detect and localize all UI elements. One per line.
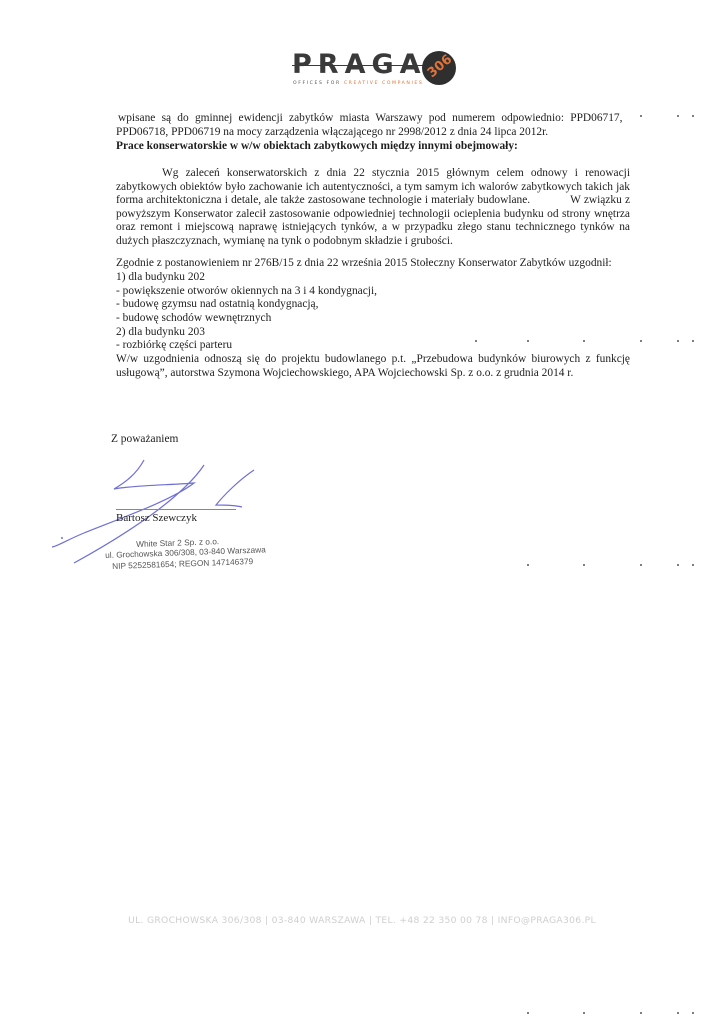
paragraph-recommendations: Wg zaleceń konserwatorskich z dnia 22 st… xyxy=(116,167,630,249)
list-item: - rozbiórkę części parteru xyxy=(116,339,232,353)
scan-dot xyxy=(677,564,679,566)
logo-tagline: OFFICES FOR CREATIVE COMPANIES xyxy=(293,81,423,86)
logo-tagline-accent: CREATIVE COMPANIES xyxy=(344,81,424,86)
signature-line xyxy=(116,509,236,510)
scan-dot xyxy=(527,564,529,566)
scan-dot xyxy=(677,115,679,117)
logo-tagline-prefix: OFFICES FOR xyxy=(293,81,344,86)
list-item: - budowę gzymsu nad ostatnią kondygnacją… xyxy=(116,298,318,312)
scan-dot xyxy=(640,115,642,117)
agreement-intro: Zgodnie z postanowieniem nr 276B/15 z dn… xyxy=(116,257,612,271)
paragraph-1-text: Wg zaleceń konserwatorskich z dnia 22 st… xyxy=(116,167,630,206)
scan-dot xyxy=(583,1012,585,1014)
scan-dot xyxy=(677,1012,679,1014)
list-item: - budowę schodów wewnętrznych xyxy=(116,312,271,326)
intro-line-1: wpisane są do gminnej ewidencji zabytków… xyxy=(118,112,622,126)
scan-dot xyxy=(640,1012,642,1014)
salutation: Z poważaniem xyxy=(111,433,178,447)
signatory-name: Bartosz Szewczyk xyxy=(116,512,197,526)
letter-page: PRAGA 306 OFFICES FOR CREATIVE COMPANIES… xyxy=(0,0,724,1024)
list-item: 2) dla budynku 203 xyxy=(116,326,205,340)
scan-dot xyxy=(583,340,585,342)
scan-dot xyxy=(475,340,477,342)
list-item: 1) dla budynku 202 xyxy=(116,271,205,285)
scan-dot xyxy=(640,340,642,342)
scan-dot xyxy=(677,340,679,342)
list-item: - powiększenie otworów okiennych na 3 i … xyxy=(116,285,377,299)
section-heading: Prace konserwatorskie w w/w obiektach za… xyxy=(116,140,518,154)
scan-dot xyxy=(692,340,694,342)
praga306-logo: PRAGA 306 OFFICES FOR CREATIVE COMPANIES xyxy=(292,50,472,94)
logo-strike-line xyxy=(292,65,427,66)
intro-line-2: PPD06718, PPD06719 na mocy zarządzenia w… xyxy=(116,126,548,140)
closing-paragraph: W/w uzgodnienia odnoszą się do projektu … xyxy=(116,353,630,380)
scan-dot xyxy=(527,1012,529,1014)
scan-dot xyxy=(583,564,585,566)
scan-dot xyxy=(692,115,694,117)
scan-dot xyxy=(640,564,642,566)
scan-dot xyxy=(527,340,529,342)
scan-dot xyxy=(692,564,694,566)
letterhead-footer: UL. GROCHOWSKA 306/308 | 03-840 WARSZAWA… xyxy=(0,915,724,926)
scan-dot xyxy=(692,1012,694,1014)
